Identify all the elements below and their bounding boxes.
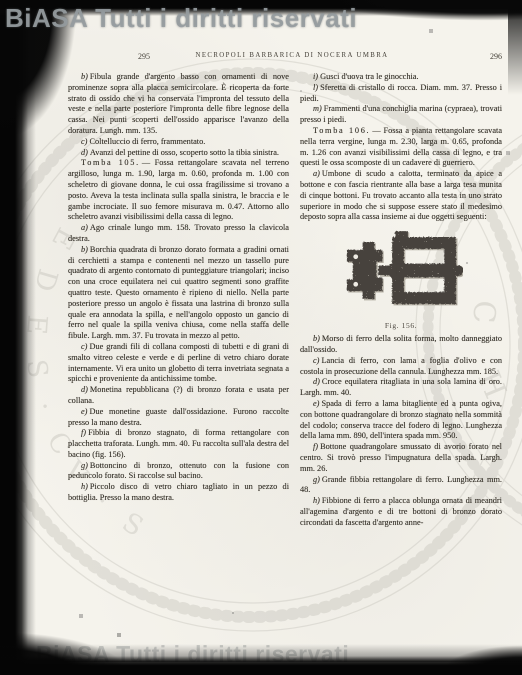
paragraph: g)Grande fibbia rettangolare di ferro. L… <box>300 475 502 497</box>
paragraph-tomba-105: Tomba 105.— Fossa rettangolare scavata n… <box>68 158 289 223</box>
item-marker: g) <box>81 461 88 470</box>
paragraph-text: Croce equilatera ritagliata in una sola … <box>300 377 502 397</box>
paragraph: c)Due grandi fili di collana composti di… <box>68 342 289 385</box>
item-marker: h) <box>81 482 88 491</box>
paragraph: d)Croce equilatera ritagliata in una sol… <box>300 377 502 399</box>
paragraph-text: Avanzi del pettine di osso, scoperto sot… <box>90 148 279 157</box>
paragraph-text: Umbone di scudo a calotta, terminato da … <box>300 169 502 221</box>
item-marker: b) <box>313 334 320 343</box>
scanned-page: E D E S · C O N V · S C H I 295 NECROPOL… <box>0 0 522 675</box>
item-marker: d) <box>81 148 88 157</box>
paragraph-text: Ago crinale lungo mm. 158. Trovato press… <box>68 223 289 243</box>
paragraph: h)Piccolo disco di vetro chiaro tagliato… <box>68 482 289 504</box>
item-marker: c) <box>313 356 319 365</box>
item-marker: h) <box>313 496 320 505</box>
tomb-heading: Tomba 105. <box>81 158 140 167</box>
item-marker: e) <box>313 399 319 408</box>
paragraph: d)Monetina repubblicana (?) di bronzo fo… <box>68 385 289 407</box>
running-title: NECROPOLI BARBARICA DI NOCERA UMBRA <box>74 52 510 59</box>
paragraph-text: Bottone quadrangolare smussato di avorio… <box>300 442 502 473</box>
paragraph: e)Spada di ferro a lama bitagliente ed a… <box>300 399 502 442</box>
paragraph-text: Borchia quadrata di bronzo dorato format… <box>68 245 289 340</box>
paragraph: i)Gusci d'uova tra le ginocchia. <box>300 72 502 83</box>
paragraph-text: Piccolo disco di vetro chiaro tagliato i… <box>68 482 289 502</box>
buckle-engraving-image <box>339 230 463 312</box>
paragraph-text: Coltelluccio di ferro, frammentato. <box>89 137 205 146</box>
paragraph-text: Gusci d'uova tra le ginocchia. <box>320 72 419 81</box>
paragraph: m)Frammenti d'una conchiglia marina (cyp… <box>300 104 502 126</box>
tomb-heading: Tomba 106. <box>313 126 370 135</box>
paragraph-text: Morso di ferro della solita forma, molto… <box>300 334 502 354</box>
paragraph-text: Sferetta di cristallo di rocca. Diam. mm… <box>300 83 502 103</box>
paragraph-text: Lancia di ferro, con lama a foglia d'oli… <box>300 356 502 376</box>
paragraph-text: Fibbia di bronzo stagnato, di forma rett… <box>68 428 289 459</box>
left-column: b)Fibula grande d'argento basso con orna… <box>68 72 289 529</box>
item-marker: l) <box>313 83 318 92</box>
item-marker: g) <box>313 475 320 484</box>
item-marker: c) <box>81 137 87 146</box>
paragraph: b)Borchia quadrata di bronzo dorato form… <box>68 245 289 342</box>
item-marker: f) <box>313 442 318 451</box>
printed-page-content: 295 NECROPOLI BARBARICA DI NOCERA UMBRA … <box>0 0 522 675</box>
paragraph-text: Due monetine guaste dall'ossidazione. Fu… <box>68 407 289 427</box>
paragraph: b)Morso di ferro della solita forma, mol… <box>300 334 502 356</box>
paragraph: g)Bottoncino di bronzo, ottenuto con la … <box>68 461 289 483</box>
item-marker: m) <box>313 104 322 113</box>
paragraph: f)Bottone quadrangolare smussato di avor… <box>300 442 502 474</box>
paragraph-text: Grande fibbia rettangolare di ferro. Lun… <box>300 475 502 495</box>
paragraph-text: Monetina repubblicana (?) di bronzo fora… <box>68 385 289 405</box>
paragraph: c)Lancia di ferro, con lama a foglia d'o… <box>300 356 502 378</box>
paragraph: h)Fibbione di ferro a placca oblunga orn… <box>300 496 502 528</box>
item-marker: d) <box>313 377 320 386</box>
item-marker: i) <box>313 72 318 81</box>
paragraph-text: Fibula grande d'argento basso con orname… <box>68 72 289 135</box>
paragraph-text: Spada di ferro a lama bitagliente ed a p… <box>300 399 502 440</box>
item-marker: b) <box>81 72 88 81</box>
paragraph: a)Ago crinale lungo mm. 158. Trovato pre… <box>68 223 289 245</box>
paragraph: d)Avanzi del pettine di osso, scoperto s… <box>68 148 289 159</box>
paragraph-tomba-106: Tomba 106.— Fossa a pianta rettangolare … <box>300 126 502 169</box>
paragraph-text: Fibbione di ferro a placca oblunga ornat… <box>300 496 502 527</box>
figure-156: Fig. 156. <box>300 230 502 330</box>
figure-caption: Fig. 156. <box>300 321 502 330</box>
paragraph: b)Fibula grande d'argento basso con orna… <box>68 72 289 137</box>
item-marker: a) <box>313 169 320 178</box>
paragraph-text: Frammenti d'una conchiglia marina (cypra… <box>300 104 502 124</box>
item-marker: c) <box>81 342 87 351</box>
item-marker: a) <box>81 223 88 232</box>
two-column-text: b)Fibula grande d'argento basso con orna… <box>68 72 502 529</box>
paragraph-text: — Fossa rettangolare scavata nel terreno… <box>68 158 289 221</box>
paragraph-text: Bottoncino di bronzo, ottenuto con la fu… <box>68 461 289 481</box>
page-number-right: 296 <box>490 52 502 61</box>
right-column: i)Gusci d'uova tra le ginocchia. l)Sfere… <box>300 72 502 529</box>
item-marker: d) <box>81 385 88 394</box>
paragraph: f)Fibbia di bronzo stagnato, di forma re… <box>68 428 289 460</box>
item-marker: b) <box>81 245 88 254</box>
item-marker: f) <box>81 428 86 437</box>
paragraph: a)Umbone di scudo a calotta, terminato d… <box>300 169 502 223</box>
paragraph-text: Due grandi fili di collana composti di t… <box>68 342 289 383</box>
paragraph: l)Sferetta di cristallo di rocca. Diam. … <box>300 83 502 105</box>
item-marker: e) <box>81 407 87 416</box>
paragraph: e)Due monetine guaste dall'ossidazione. … <box>68 407 289 429</box>
paragraph: c)Coltelluccio di ferro, frammentato. <box>68 137 289 148</box>
